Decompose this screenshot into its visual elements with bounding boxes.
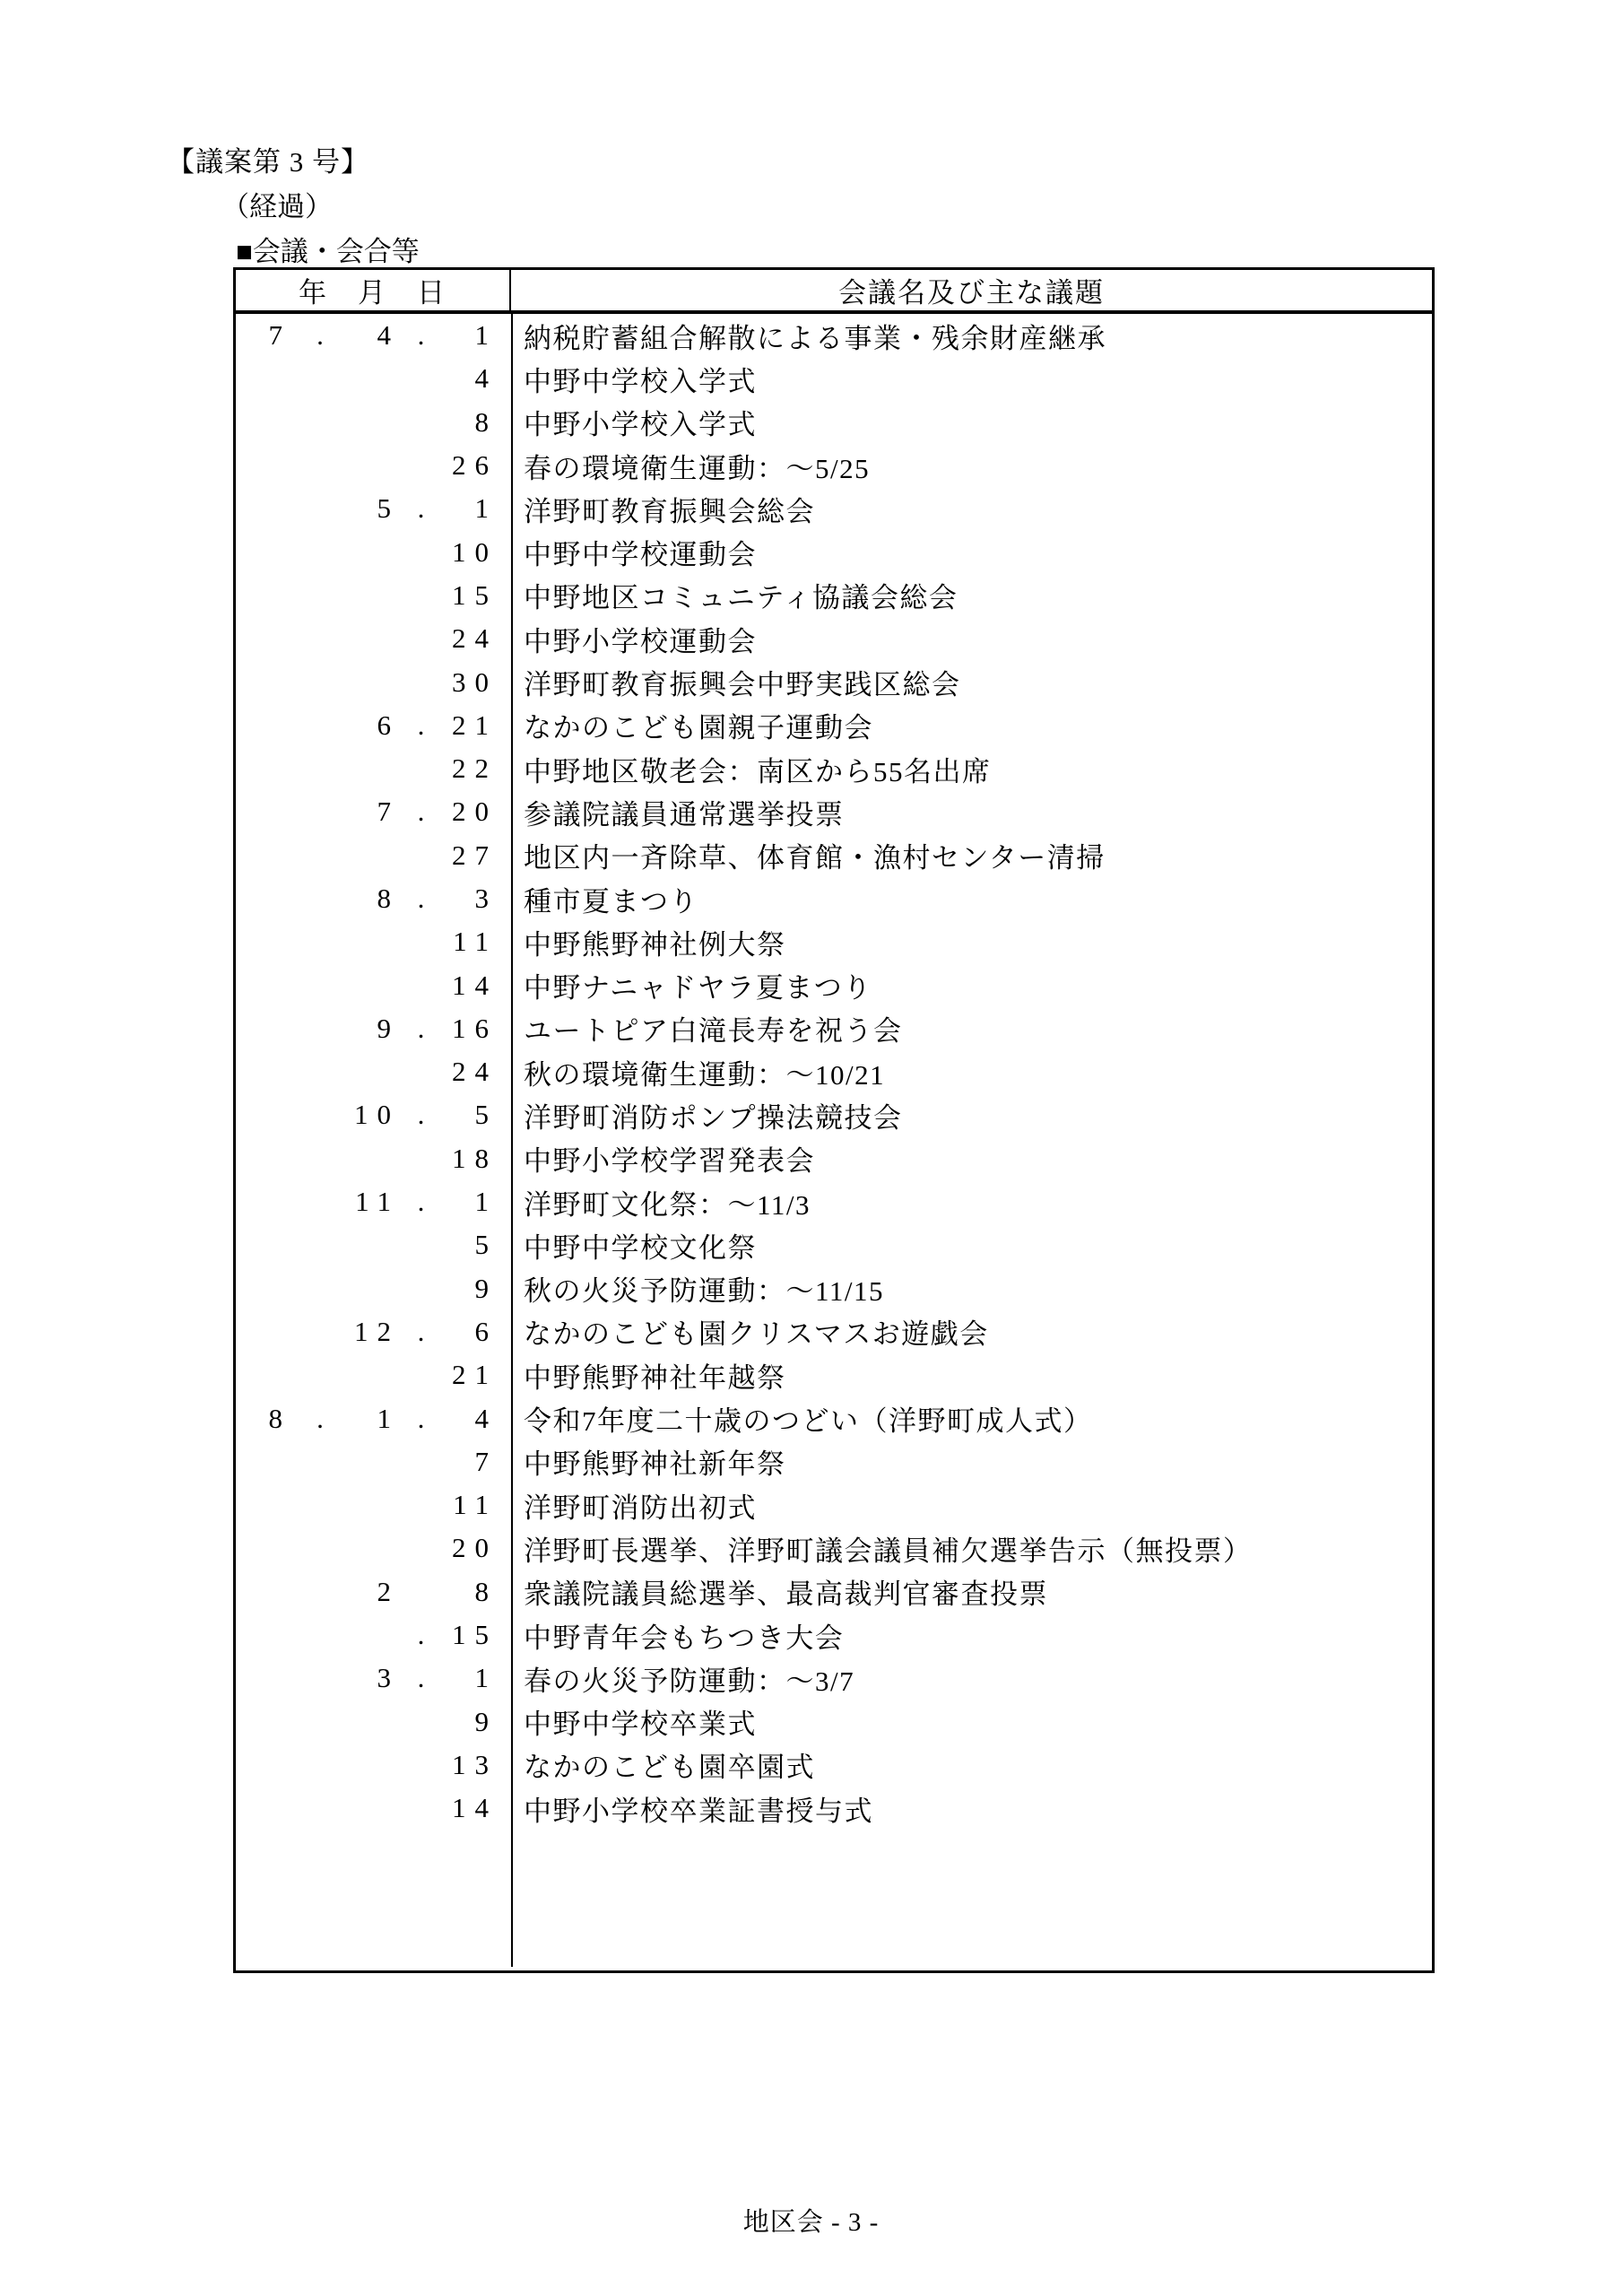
date-day: 8 xyxy=(442,1576,498,1608)
date-year xyxy=(236,1359,291,1391)
date-cell: 9 . 16 xyxy=(236,1013,511,1045)
date-day: 26 xyxy=(442,449,498,482)
date-day: 24 xyxy=(442,622,498,655)
table-row: 7 中野熊野神社新年祭 xyxy=(236,1440,1432,1483)
date-month: 10 xyxy=(349,1099,400,1131)
section-heading: ■会議・会合等 xyxy=(236,229,420,269)
date-separator-1 xyxy=(291,1359,349,1391)
topic-cell: 地区内一斉除草、体育館・漁村センター清掃 xyxy=(511,835,1432,875)
date-day: 4 xyxy=(442,362,498,395)
date-cell: 27 xyxy=(236,839,511,872)
date-month xyxy=(349,536,400,569)
table-row: 20 洋野町長選挙、洋野町議会議員補欠選挙告示（無投票） xyxy=(236,1526,1432,1570)
topic-cell: 洋野町文化祭：～11/3 xyxy=(511,1182,1432,1222)
date-year xyxy=(236,752,291,785)
date-year xyxy=(236,1619,291,1651)
topic-cell: 納税貯蓄組合解散による事業・残余財産継承 xyxy=(511,316,1432,356)
date-cell: 10 xyxy=(236,536,511,569)
topic-cell: 洋野町消防出初式 xyxy=(511,1485,1432,1526)
date-separator-1 xyxy=(291,1706,349,1738)
topic-cell: 秋の火災予防運動：～11/15 xyxy=(511,1268,1432,1309)
date-cell: 14 xyxy=(236,1792,511,1824)
date-separator-2: . xyxy=(400,1099,442,1131)
table-row: . 15 中野青年会もちつき大会 xyxy=(236,1613,1432,1657)
date-separator-2 xyxy=(400,1229,442,1261)
date-month: 5 xyxy=(349,492,400,525)
date-separator-1 xyxy=(291,796,349,828)
date-cell: 2 8 xyxy=(236,1576,511,1608)
date-cell: 8 xyxy=(236,406,511,439)
date-separator-1 xyxy=(291,536,349,569)
date-year: 8 xyxy=(236,1403,291,1435)
date-year xyxy=(236,709,291,742)
date-separator-2 xyxy=(400,1056,442,1088)
date-separator-1 xyxy=(291,666,349,699)
date-day: 9 xyxy=(442,1273,498,1305)
topic-cell: 洋野町教育振興会総会 xyxy=(511,489,1432,529)
date-month xyxy=(349,362,400,395)
date-day: 18 xyxy=(442,1143,498,1175)
table-row: 7 . 4 . 1 納税貯蓄組合解散による事業・残余財産継承 xyxy=(236,314,1432,357)
date-cell: 12 . 6 xyxy=(236,1316,511,1348)
date-separator-2 xyxy=(400,970,442,1002)
date-day: 14 xyxy=(442,1792,498,1824)
date-month xyxy=(349,1446,400,1478)
date-day: 21 xyxy=(442,709,498,742)
date-month: 8 xyxy=(349,883,400,915)
date-year xyxy=(236,1576,291,1608)
topic-cell: 中野地区敬老会：南区から55名出席 xyxy=(511,749,1432,789)
date-separator-2: . xyxy=(400,709,442,742)
date-separator-2 xyxy=(400,1143,442,1175)
date-separator-1 xyxy=(291,1186,349,1218)
date-separator-2 xyxy=(400,752,442,785)
date-cell: 9 xyxy=(236,1706,511,1738)
date-separator-2 xyxy=(400,1792,442,1824)
topic-cell: なかのこども園卒園式 xyxy=(511,1744,1432,1785)
date-day: 11 xyxy=(442,926,498,958)
table-row: 7 . 20 参議院議員通常選挙投票 xyxy=(236,790,1432,833)
date-separator-2 xyxy=(400,926,442,958)
date-separator-1 xyxy=(291,492,349,525)
date-separator-1 xyxy=(291,449,349,482)
date-year xyxy=(236,839,291,872)
table-row: 6 . 21 なかのこども園親子運動会 xyxy=(236,704,1432,747)
date-day: 24 xyxy=(442,1056,498,1088)
date-year xyxy=(236,1749,291,1781)
date-day: 22 xyxy=(442,752,498,785)
date-separator-2: . xyxy=(400,1316,442,1348)
date-month xyxy=(349,1532,400,1564)
date-day: 1 xyxy=(442,1186,498,1218)
table-header-row: 年 月 日 会議名及び主な議題 xyxy=(236,270,1432,314)
date-separator-2 xyxy=(400,1489,442,1521)
date-cell: 8 . 1 . 4 xyxy=(236,1403,511,1435)
date-separator-2: . xyxy=(400,492,442,525)
table-row: 30 洋野町教育振興会中野実践区総会 xyxy=(236,660,1432,703)
date-separator-2: . xyxy=(400,1403,442,1435)
date-separator-2 xyxy=(400,1706,442,1738)
table-row: 8 . 3 種市夏まつり xyxy=(236,877,1432,920)
date-month xyxy=(349,839,400,872)
date-month xyxy=(349,1056,400,1088)
table-row: 22 中野地区敬老会：南区から55名出席 xyxy=(236,747,1432,790)
date-cell: 7 . 4 . 1 xyxy=(236,319,511,352)
date-separator-1 xyxy=(291,622,349,655)
topic-cell: 参議院議員通常選挙投票 xyxy=(511,792,1432,832)
date-day: 7 xyxy=(442,1446,498,1478)
table-row: 12 . 6 なかのこども園クリスマスお遊戯会 xyxy=(236,1310,1432,1353)
date-separator-1 xyxy=(291,362,349,395)
date-cell: 3 . 1 xyxy=(236,1662,511,1694)
date-separator-1 xyxy=(291,1316,349,1348)
date-separator-1 xyxy=(291,1143,349,1175)
date-separator-2: . xyxy=(400,1186,442,1218)
topic-cell: 中野中学校入学式 xyxy=(511,359,1432,399)
date-separator-2: . xyxy=(400,319,442,352)
date-month xyxy=(349,1706,400,1738)
date-cell: 10 . 5 xyxy=(236,1099,511,1131)
topic-cell: 中野小学校卒業証書授与式 xyxy=(511,1788,1432,1829)
table-row: 13 なかのこども園卒園式 xyxy=(236,1744,1432,1787)
date-day: 11 xyxy=(442,1489,498,1521)
date-year xyxy=(236,1316,291,1348)
date-day: 20 xyxy=(442,1532,498,1564)
date-cell: 30 xyxy=(236,666,511,699)
date-month xyxy=(349,1229,400,1261)
topic-cell: 中野熊野神社新年祭 xyxy=(511,1441,1432,1482)
date-day: 16 xyxy=(442,1013,498,1045)
date-year xyxy=(236,796,291,828)
page-footer: 地区会 - 3 - xyxy=(0,2202,1622,2239)
date-month xyxy=(349,449,400,482)
date-year xyxy=(236,1056,291,1088)
date-day: 1 xyxy=(442,1662,498,1694)
header-date-column: 年 月 日 xyxy=(236,270,511,310)
date-year xyxy=(236,1273,291,1305)
topic-cell: 中野青年会もちつき大会 xyxy=(511,1615,1432,1656)
topic-cell: 洋野町教育振興会中野実践区総会 xyxy=(511,662,1432,702)
date-cell: 5 xyxy=(236,1229,511,1261)
date-separator-1 xyxy=(291,1229,349,1261)
date-month xyxy=(349,752,400,785)
topic-cell: 中野小学校入学式 xyxy=(511,402,1432,442)
topic-cell: 中野地区コミュニティ協議会総会 xyxy=(511,575,1432,615)
topic-cell: 中野熊野神社例大祭 xyxy=(511,922,1432,962)
table-row: 15 中野地区コミュニティ協議会総会 xyxy=(236,574,1432,617)
date-separator-1 xyxy=(291,1576,349,1608)
date-separator-1: . xyxy=(291,319,349,352)
date-cell: 11 xyxy=(236,1489,511,1521)
date-separator-2 xyxy=(400,1749,442,1781)
table-row: 26 春の環境衛生運動：～5/25 xyxy=(236,444,1432,487)
date-day: 3 xyxy=(442,883,498,915)
date-cell: 26 xyxy=(236,449,511,482)
date-day: 6 xyxy=(442,1316,498,1348)
topic-cell: 令和7年度二十歳のつどい（洋野町成人式） xyxy=(511,1398,1432,1439)
date-cell: 24 xyxy=(236,622,511,655)
date-separator-2: . xyxy=(400,796,442,828)
date-year xyxy=(236,1143,291,1175)
date-month: 9 xyxy=(349,1013,400,1045)
topic-cell: 中野小学校学習発表会 xyxy=(511,1138,1432,1178)
date-separator-2 xyxy=(400,406,442,439)
date-month xyxy=(349,1143,400,1175)
date-separator-2 xyxy=(400,1359,442,1391)
document-page: 【議案第 3 号】 （経過） ■会議・会合等 年 月 日 会議名及び主な議題 7… xyxy=(0,0,1622,2296)
date-separator-1 xyxy=(291,1619,349,1651)
date-separator-1 xyxy=(291,1792,349,1824)
date-year xyxy=(236,1229,291,1261)
date-separator-1 xyxy=(291,1489,349,1521)
topic-cell: なかのこども園親子運動会 xyxy=(511,705,1432,745)
date-year xyxy=(236,666,291,699)
topic-cell: 春の環境衛生運動：～5/25 xyxy=(511,446,1432,486)
date-separator-1 xyxy=(291,1446,349,1478)
date-day: 10 xyxy=(442,536,498,569)
topic-cell: 中野熊野神社年越祭 xyxy=(511,1355,1432,1396)
date-separator-2 xyxy=(400,1273,442,1305)
table-row: 9 秋の火災予防運動：～11/15 xyxy=(236,1267,1432,1310)
date-year xyxy=(236,449,291,482)
date-day: 5 xyxy=(442,1099,498,1131)
date-day: 4 xyxy=(442,1403,498,1435)
table-row: 4 中野中学校入学式 xyxy=(236,357,1432,400)
date-year xyxy=(236,1662,291,1694)
table-row: 27 地区内一斉除草、体育館・漁村センター清掃 xyxy=(236,834,1432,877)
date-day: 14 xyxy=(442,970,498,1002)
date-cell: 22 xyxy=(236,752,511,785)
date-cell: 11 . 1 xyxy=(236,1186,511,1218)
date-separator-1 xyxy=(291,1749,349,1781)
date-year xyxy=(236,622,291,655)
date-month xyxy=(349,970,400,1002)
date-cell: 21 xyxy=(236,1359,511,1391)
date-day: 13 xyxy=(442,1749,498,1781)
date-year xyxy=(236,1792,291,1824)
date-month xyxy=(349,1792,400,1824)
topic-cell: 春の火災予防運動：～3/7 xyxy=(511,1658,1432,1699)
date-separator-2 xyxy=(400,1446,442,1478)
date-separator-1 xyxy=(291,579,349,612)
date-separator-2 xyxy=(400,1576,442,1608)
table-row: 18 中野小学校学習発表会 xyxy=(236,1137,1432,1180)
date-day: 30 xyxy=(442,666,498,699)
topic-cell: 種市夏まつり xyxy=(511,879,1432,919)
date-day: 15 xyxy=(442,1619,498,1651)
date-day: 27 xyxy=(442,839,498,872)
date-month xyxy=(349,926,400,958)
topic-cell: なかのこども園クリスマスお遊戯会 xyxy=(511,1311,1432,1352)
date-separator-1 xyxy=(291,970,349,1002)
date-month: 4 xyxy=(349,319,400,352)
doc-subtitle: （経過） xyxy=(221,184,333,224)
date-separator-1 xyxy=(291,1056,349,1088)
date-year xyxy=(236,1532,291,1564)
table-row: 11 洋野町消防出初式 xyxy=(236,1483,1432,1526)
table-row: 14 中野ナニャドヤラ夏まつり xyxy=(236,963,1432,1006)
date-cell: 9 xyxy=(236,1273,511,1305)
topic-cell: 秋の環境衛生運動：～10/21 xyxy=(511,1052,1432,1092)
doc-title: 【議案第 3 号】 xyxy=(167,139,369,179)
date-separator-2 xyxy=(400,622,442,655)
date-separator-2 xyxy=(400,666,442,699)
date-separator-2 xyxy=(400,579,442,612)
topic-cell: 中野ナニャドヤラ夏まつり xyxy=(511,965,1432,1005)
date-cell: 7 . 20 xyxy=(236,796,511,828)
date-year xyxy=(236,970,291,1002)
date-month xyxy=(349,406,400,439)
table-row: 9 . 16 ユートピア白滝長寿を祝う会 xyxy=(236,1007,1432,1050)
date-year xyxy=(236,406,291,439)
date-cell: 5 . 1 xyxy=(236,492,511,525)
date-separator-2: . xyxy=(400,1013,442,1045)
meeting-table: 年 月 日 会議名及び主な議題 7 . 4 . 1 納税貯蓄組合解散による事業・… xyxy=(233,267,1435,1973)
date-month xyxy=(349,1619,400,1651)
date-separator-1 xyxy=(291,709,349,742)
date-year xyxy=(236,926,291,958)
date-cell: 15 xyxy=(236,579,511,612)
date-day: 8 xyxy=(442,406,498,439)
date-day: 15 xyxy=(442,579,498,612)
topic-cell: 中野中学校卒業式 xyxy=(511,1701,1432,1742)
date-cell: 11 xyxy=(236,926,511,958)
topic-cell: 中野中学校文化祭 xyxy=(511,1225,1432,1265)
date-cell: 14 xyxy=(236,970,511,1002)
date-day: 5 xyxy=(442,1229,498,1261)
topic-cell: 中野中学校運動会 xyxy=(511,532,1432,572)
date-month xyxy=(349,666,400,699)
table-row: 9 中野中学校卒業式 xyxy=(236,1700,1432,1744)
date-cell: 6 . 21 xyxy=(236,709,511,742)
header-topic-column: 会議名及び主な議題 xyxy=(511,270,1432,310)
date-month: 11 xyxy=(349,1186,400,1218)
date-separator-2 xyxy=(400,839,442,872)
date-separator-1 xyxy=(291,406,349,439)
date-month: 1 xyxy=(349,1403,400,1435)
date-year xyxy=(236,362,291,395)
date-day: 20 xyxy=(442,796,498,828)
date-year xyxy=(236,1099,291,1131)
date-year: 7 xyxy=(236,319,291,352)
date-separator-1 xyxy=(291,926,349,958)
date-day: 1 xyxy=(442,492,498,525)
table-row: 10 中野中学校運動会 xyxy=(236,530,1432,573)
date-cell: . 15 xyxy=(236,1619,511,1651)
table-row: 5 中野中学校文化祭 xyxy=(236,1223,1432,1266)
date-separator-1 xyxy=(291,1273,349,1305)
date-cell: 8 . 3 xyxy=(236,883,511,915)
date-month: 2 xyxy=(349,1576,400,1608)
table-row: 24 秋の環境衛生運動：～10/21 xyxy=(236,1050,1432,1093)
topic-cell: 洋野町消防ポンプ操法競技会 xyxy=(511,1095,1432,1135)
date-separator-1 xyxy=(291,1532,349,1564)
topic-cell: 衆議院議員総選挙、最高裁判官審査投票 xyxy=(511,1571,1432,1612)
topic-cell: 中野小学校運動会 xyxy=(511,619,1432,659)
date-year xyxy=(236,536,291,569)
date-month xyxy=(349,622,400,655)
table-row: 24 中野小学校運動会 xyxy=(236,617,1432,660)
date-month: 6 xyxy=(349,709,400,742)
table-row: 5 . 1 洋野町教育振興会総会 xyxy=(236,487,1432,530)
date-separator-1 xyxy=(291,883,349,915)
date-separator-2 xyxy=(400,449,442,482)
date-month xyxy=(349,1489,400,1521)
date-cell: 18 xyxy=(236,1143,511,1175)
date-month xyxy=(349,1749,400,1781)
table-row: 8 中野小学校入学式 xyxy=(236,401,1432,444)
table-row: 11 . 1 洋野町文化祭：～11/3 xyxy=(236,1180,1432,1223)
table-row: 11 中野熊野神社例大祭 xyxy=(236,920,1432,963)
date-separator-2 xyxy=(400,536,442,569)
table-row: 14 中野小学校卒業証書授与式 xyxy=(236,1787,1432,1830)
date-cell: 20 xyxy=(236,1532,511,1564)
date-separator-1 xyxy=(291,752,349,785)
table-row: 3 . 1 春の火災予防運動：～3/7 xyxy=(236,1657,1432,1700)
date-separator-1 xyxy=(291,1099,349,1131)
table-row: 10 . 5 洋野町消防ポンプ操法競技会 xyxy=(236,1093,1432,1136)
topic-cell: ユートピア白滝長寿を祝う会 xyxy=(511,1008,1432,1048)
date-year xyxy=(236,883,291,915)
date-cell: 13 xyxy=(236,1749,511,1781)
table-row: 2 8 衆議院議員総選挙、最高裁判官審査投票 xyxy=(236,1570,1432,1613)
date-year xyxy=(236,1446,291,1478)
date-year xyxy=(236,492,291,525)
date-separator-2: . xyxy=(400,1662,442,1694)
date-year xyxy=(236,1013,291,1045)
date-month: 3 xyxy=(349,1662,400,1694)
date-day: 21 xyxy=(442,1359,498,1391)
topic-cell: 洋野町長選挙、洋野町議会議員補欠選挙告示（無投票） xyxy=(511,1528,1432,1569)
date-day: 9 xyxy=(442,1706,498,1738)
table-row: 21 中野熊野神社年越祭 xyxy=(236,1353,1432,1396)
date-year xyxy=(236,1489,291,1521)
date-month xyxy=(349,1359,400,1391)
table-row: 8 . 1 . 4 令和7年度二十歳のつどい（洋野町成人式） xyxy=(236,1396,1432,1439)
date-month xyxy=(349,1273,400,1305)
date-year xyxy=(236,579,291,612)
date-month: 12 xyxy=(349,1316,400,1348)
date-month: 7 xyxy=(349,796,400,828)
date-year xyxy=(236,1186,291,1218)
date-separator-2 xyxy=(400,1532,442,1564)
date-cell: 7 xyxy=(236,1446,511,1478)
date-cell: 4 xyxy=(236,362,511,395)
date-day: 1 xyxy=(442,319,498,352)
date-separator-1 xyxy=(291,839,349,872)
date-year xyxy=(236,1706,291,1738)
date-separator-1 xyxy=(291,1013,349,1045)
date-month xyxy=(349,579,400,612)
table-body: 7 . 4 . 1 納税貯蓄組合解散による事業・残余財産継承 4 中野中学校入学… xyxy=(236,314,1432,1967)
date-separator-2 xyxy=(400,362,442,395)
date-cell: 24 xyxy=(236,1056,511,1088)
date-separator-1: . xyxy=(291,1403,349,1435)
date-separator-2: . xyxy=(400,883,442,915)
date-separator-1 xyxy=(291,1662,349,1694)
date-separator-2: . xyxy=(400,1619,442,1651)
